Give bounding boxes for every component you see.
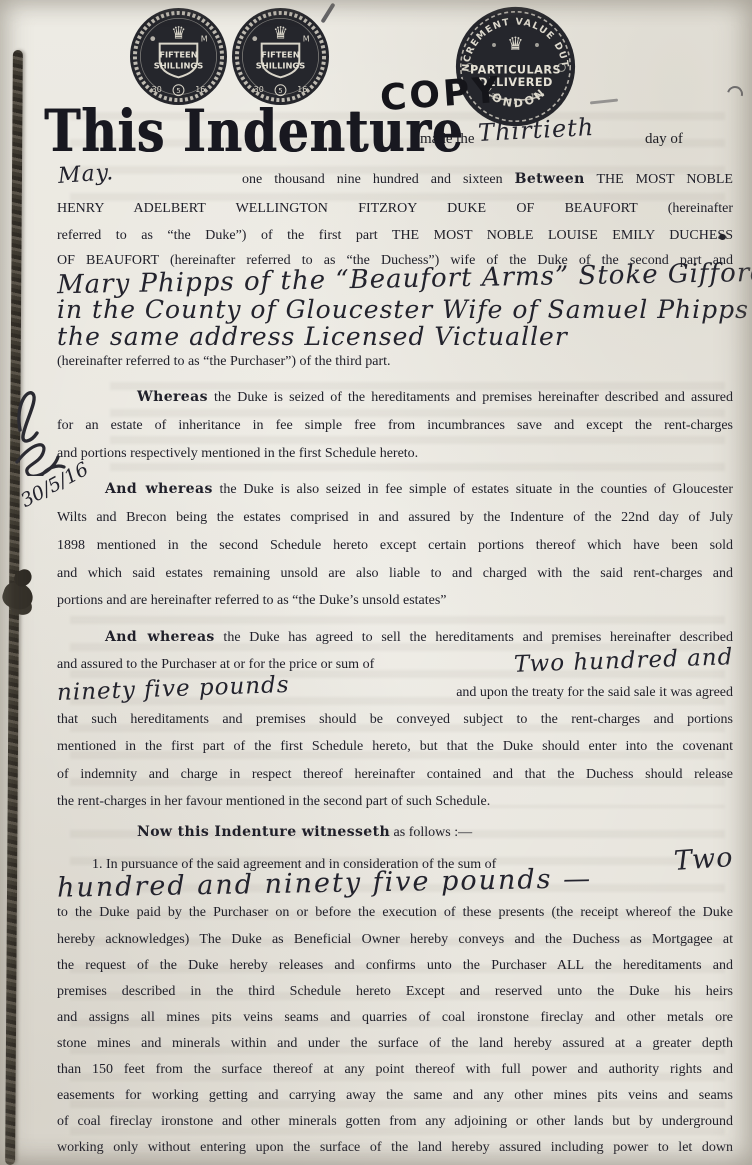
clause-line: and assigns all mines pits veins seams a… <box>57 1008 733 1027</box>
recital-line: and which said estates remaining unsold … <box>57 564 733 583</box>
crown-icon: ♛ <box>507 34 524 55</box>
clause-line: the request of the Duke hereby releases … <box>57 956 733 975</box>
copy-annotation: COPY <box>379 70 503 119</box>
fifteen-shillings-stamp: ♛ M FIFTEEN SHILLINGS 30 5 16 <box>231 7 330 106</box>
recital-text: the Duke is also seized in fee simple of… <box>213 482 733 497</box>
stamp-date-day: 30 <box>254 85 264 94</box>
crown-icon: ♛ <box>273 24 288 43</box>
recital-line: And whereas the Duke is also seized in f… <box>57 480 733 499</box>
pencil-curl <box>724 83 746 105</box>
recital-line: of indemnity and charge in respect there… <box>57 765 733 784</box>
clause-line: easements for working getting and carryi… <box>57 1086 733 1105</box>
recital-text: and upon the treaty for the said sale it… <box>456 683 733 702</box>
recital-line: Whereas the Duke is seized of the heredi… <box>57 388 733 407</box>
clause-line: premises described in the third Schedule… <box>57 982 733 1001</box>
stamp-value-line2: SHILLINGS <box>154 60 203 70</box>
intro-line: one thousand nine hundred and sixteen Be… <box>242 170 733 189</box>
stamp-date-year: 16 <box>195 85 205 94</box>
recital-line: 1898 mentioned in the second Schedule he… <box>57 536 733 555</box>
stamp-letter: M <box>201 35 208 44</box>
recital-text: the Duke is seized of the hereditaments … <box>208 390 733 405</box>
recital-text: and assured to the Purchaser at or for t… <box>57 655 374 674</box>
witnesseth-text: as follows :— <box>390 825 472 840</box>
stamp-letter: M <box>303 35 310 44</box>
day-of-label: day of <box>645 131 683 148</box>
stamp-value-line2: SHILLINGS <box>256 60 305 70</box>
clause-line: of coal fireclay ironstone and other min… <box>57 1112 733 1131</box>
recital-line: mentioned in the first part of the first… <box>57 737 733 756</box>
handwritten-purchaser-occupation: the same address Licensed Victualler <box>57 322 568 351</box>
handwritten-purchaser-address: in the County of Gloucester Wife of Samu… <box>57 295 752 324</box>
clause-line: stone mines and minerals within and unde… <box>57 1034 733 1053</box>
clause-line: than 150 feet from the surface thereof a… <box>57 1060 733 1079</box>
stamp-value-line1: FIFTEEN <box>261 49 299 59</box>
and-whereas-lead-word: And whereas <box>105 481 213 497</box>
recital-line: that such hereditaments and premises sho… <box>57 710 733 729</box>
recital-line: And whereas the Duke has agreed to sell … <box>57 628 733 647</box>
whereas-lead-word: Whereas <box>137 389 208 405</box>
margin-scribble-icon <box>12 384 68 476</box>
recital-line: and assured to the Purchaser at or for t… <box>57 652 733 674</box>
recital-line: Wilts and Brecon being the estates compr… <box>57 508 733 527</box>
handwritten-consideration-part1: Two <box>673 848 734 871</box>
ink-blot <box>719 234 726 240</box>
intro-text: THE MOST NOBLE <box>585 172 733 187</box>
between-lead-word: Between <box>515 171 585 187</box>
pencil-dash <box>590 99 618 105</box>
and-whereas-lead-word: And whereas <box>105 629 215 645</box>
crown-icon: ♛ <box>171 24 186 43</box>
recital-line: the rent-charges in her favour mentioned… <box>57 792 733 811</box>
witnesseth-line: Now this Indenture witnesseth as follows… <box>57 823 733 842</box>
clause-line: working only without entering upon the s… <box>57 1138 733 1157</box>
recital-line: and portions respectively mentioned in t… <box>57 444 733 463</box>
clause-line: to the Duke paid by the Purchaser on or … <box>57 903 733 922</box>
witnesseth-lead-word: Now this Indenture witnesseth <box>137 824 390 840</box>
intro-line: referred to as “the Duke”) of the first … <box>57 226 733 245</box>
stamp-date-month: 5 <box>176 87 180 95</box>
recital-line: portions and are hereinafter referred to… <box>57 591 733 610</box>
intro-line: (hereinafter referred to as “the Purchas… <box>57 352 733 371</box>
recital-text: the Duke has agreed to sell the heredita… <box>215 630 733 645</box>
stamp-date-day: 30 <box>152 85 162 94</box>
stamp-date-year: 16 <box>297 85 307 94</box>
handwritten-price-part2: ninety five pounds <box>57 676 290 703</box>
clause-line: hereby acknowledges) The Duke as Benefic… <box>57 930 733 949</box>
recital-line: ninety five poundsand upon the treaty fo… <box>57 680 733 702</box>
fifteen-shillings-stamp: ♛ M FIFTEEN SHILLINGS 30 5 16 <box>129 7 228 106</box>
intro-line: HENRY ADELBERT WELLINGTON FITZROY DUKE O… <box>57 199 733 218</box>
indenture-document-page: ♛ M FIFTEEN SHILLINGS 30 5 16 ♛ M FIFTEE… <box>0 0 752 1165</box>
handwritten-price-part1: Two hundred and <box>513 648 733 675</box>
stamp-value-line1: FIFTEEN <box>159 49 197 59</box>
stamp-date-month: 5 <box>278 87 282 95</box>
intro-text: one thousand nine hundred and sixteen <box>242 172 515 187</box>
recital-line: for an estate of inheritance in fee simp… <box>57 416 733 435</box>
